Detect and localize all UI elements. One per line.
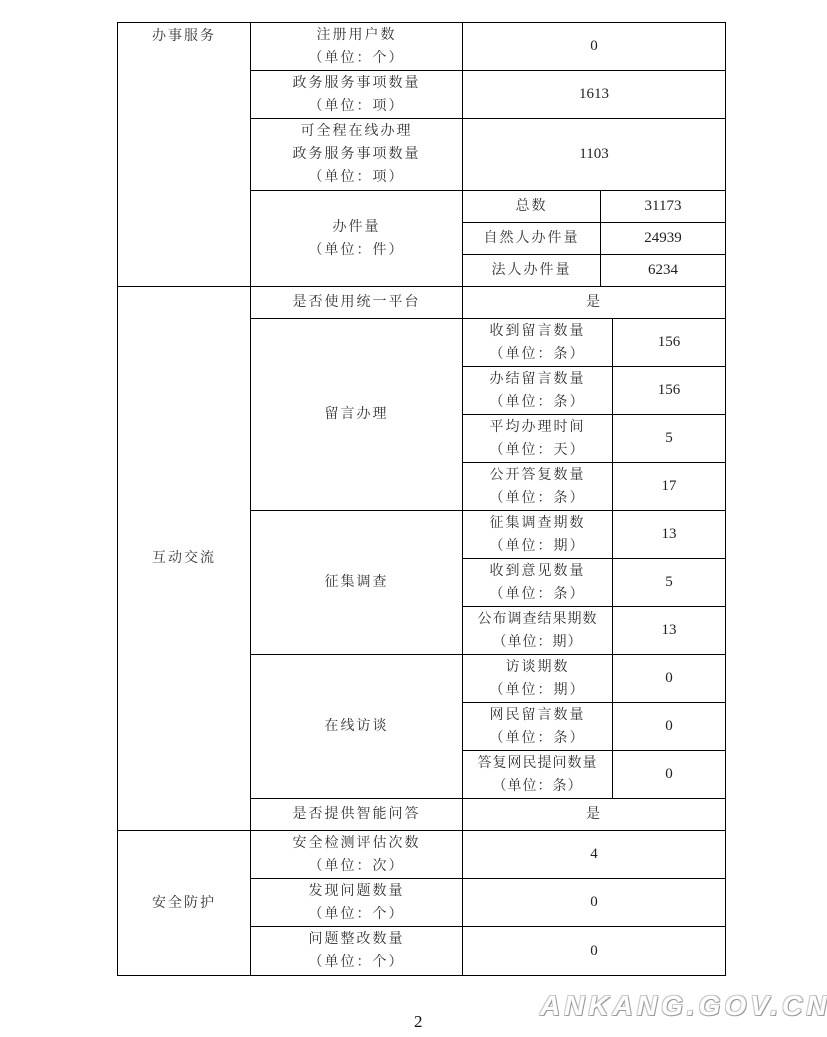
- label-line: 收到留言数量: [490, 320, 586, 343]
- issues-found-value: 0: [463, 879, 725, 926]
- messages-public-replies-value: 17: [613, 463, 725, 510]
- document-page: 办事服务 注册用户数（单位：个） 0 政务服务事项数量（单位：项） 1613 可…: [0, 0, 827, 1037]
- interview-netizen-msgs-label: 网民留言数量（单位：条）: [463, 703, 612, 750]
- online-items-value: 1103: [463, 119, 725, 190]
- interview-label: 在线访谈: [251, 655, 462, 798]
- survey-opinions-value: 5: [613, 559, 725, 606]
- interview-netizen-msgs-value: 0: [613, 703, 725, 750]
- service-items-label: 政务服务事项数量（单位：项）: [251, 71, 462, 118]
- interview-periods-label: 访谈期数（单位：期）: [463, 655, 612, 702]
- survey-opinions-label: 收到意见数量（单位：条）: [463, 559, 612, 606]
- unit-line: （单位：条）: [478, 775, 598, 798]
- unit-line: （单位：期）: [478, 631, 598, 654]
- unit-line: （单位：条）: [490, 487, 586, 510]
- section-label-interaction: 互动交流: [118, 287, 250, 830]
- issues-fixed-value: 0: [463, 927, 725, 975]
- messages-label: 留言办理: [251, 319, 462, 510]
- interview-answered-value: 0: [613, 751, 725, 798]
- label-line: 征集调查期数: [490, 512, 586, 535]
- cases-label: 办件量（单位：件）: [251, 191, 462, 286]
- unit-line: （单位：天）: [490, 439, 586, 462]
- page-number: 2: [414, 1012, 423, 1032]
- label-line: 收到意见数量: [490, 560, 586, 583]
- label-line: 发现问题数量: [309, 880, 405, 903]
- label-line: 公开答复数量: [490, 464, 586, 487]
- section-label-service: 办事服务: [118, 23, 250, 53]
- online-items-label: 可全程在线办理政务服务事项数量（单位：项）: [251, 119, 462, 190]
- cases-legal-label: 法人办件量: [463, 255, 600, 286]
- unit-line: （单位：个）: [309, 47, 405, 70]
- unit-line: （单位：个）: [309, 951, 405, 974]
- unit-line: （单位：件）: [309, 239, 405, 262]
- interview-periods-value: 0: [613, 655, 725, 702]
- unit-line: （单位：项）: [293, 95, 421, 118]
- unit-line: （单位：项）: [293, 166, 421, 189]
- survey-label: 征集调查: [251, 511, 462, 654]
- issues-fixed-label: 问题整改数量（单位：个）: [251, 927, 462, 975]
- unit-line: （单位：条）: [490, 583, 586, 606]
- unit-line: （单位：条）: [490, 391, 586, 414]
- survey-results-value: 13: [613, 607, 725, 654]
- survey-periods-label: 征集调查期数（单位：期）: [463, 511, 612, 558]
- section-label-security: 安全防护: [118, 831, 250, 975]
- survey-results-label: 公布调查结果期数（单位：期）: [463, 607, 612, 654]
- security-checks-value: 4: [463, 831, 725, 878]
- label-line: 办件量: [309, 216, 405, 239]
- security-checks-label: 安全检测评估次数（单位：次）: [251, 831, 462, 878]
- messages-received-value: 156: [613, 319, 725, 366]
- messages-closed-label: 办结留言数量（单位：条）: [463, 367, 612, 414]
- label-line: 注册用户数: [309, 24, 405, 47]
- label-line: 网民留言数量: [490, 704, 586, 727]
- label-line: 平均办理时间: [490, 416, 586, 439]
- service-items-value: 1613: [463, 71, 725, 118]
- cases-total-label: 总数: [463, 191, 600, 222]
- interview-answered-label: 答复网民提问数量（单位：条）: [463, 751, 612, 798]
- cases-legal-value: 6234: [601, 255, 725, 286]
- label-line: 问题整改数量: [309, 928, 405, 951]
- registered-users-value: 0: [463, 23, 725, 70]
- messages-public-replies-label: 公开答复数量（单位：条）: [463, 463, 612, 510]
- unified-platform-value: 是: [463, 287, 725, 318]
- cases-natural-label: 自然人办件量: [463, 223, 600, 254]
- messages-avg-time-value: 5: [613, 415, 725, 462]
- label-line: 政务服务事项数量: [293, 143, 421, 166]
- label-line: 安全检测评估次数: [293, 832, 421, 855]
- watermark-logo: ANKANG.GOV.CN: [540, 990, 827, 1022]
- smart-qa-value: 是: [463, 799, 725, 830]
- unit-line: （单位：条）: [490, 343, 586, 366]
- label-line: 答复网民提问数量: [478, 752, 598, 775]
- unit-line: （单位：期）: [490, 535, 586, 558]
- unit-line: （单位：个）: [309, 903, 405, 926]
- survey-periods-value: 13: [613, 511, 725, 558]
- cases-total-value: 31173: [601, 191, 725, 222]
- messages-closed-value: 156: [613, 367, 725, 414]
- label-line: 办结留言数量: [490, 368, 586, 391]
- unit-line: （单位：次）: [293, 855, 421, 878]
- label-line: 政务服务事项数量: [293, 72, 421, 95]
- issues-found-label: 发现问题数量（单位：个）: [251, 879, 462, 926]
- smart-qa-label: 是否提供智能问答: [251, 799, 462, 830]
- table-border-bottom: [117, 975, 726, 976]
- registered-users-label: 注册用户数（单位：个）: [251, 23, 462, 70]
- messages-received-label: 收到留言数量（单位：条）: [463, 319, 612, 366]
- messages-avg-time-label: 平均办理时间（单位：天）: [463, 415, 612, 462]
- section-label-text: 办事服务: [152, 25, 216, 48]
- unit-line: （单位：期）: [490, 679, 586, 702]
- label-line: 访谈期数: [490, 656, 586, 679]
- unified-platform-label: 是否使用统一平台: [251, 287, 462, 318]
- cases-natural-value: 24939: [601, 223, 725, 254]
- label-line: 公布调查结果期数: [478, 608, 598, 631]
- unit-line: （单位：条）: [490, 727, 586, 750]
- label-line: 可全程在线办理: [293, 120, 421, 143]
- table-border-right: [725, 22, 726, 976]
